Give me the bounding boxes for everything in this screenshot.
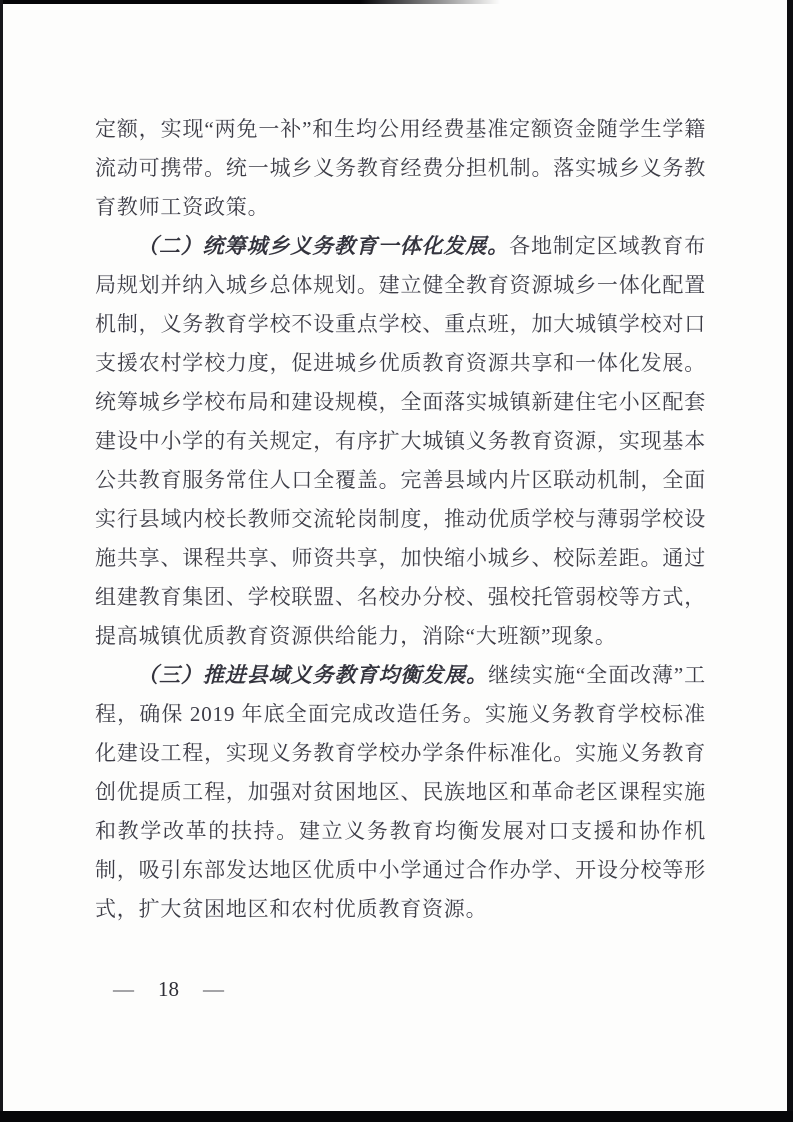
- paragraph-heading: （二）统筹城乡义务教育一体化发展。: [137, 234, 509, 258]
- scan-edge-left: [0, 0, 3, 1122]
- footer-left-dash: —: [113, 977, 134, 1001]
- paragraph-text: 继续实施“全面改薄”工程，确保 2019 年底全面完成改造任务。实施义务教育学校…: [95, 663, 706, 921]
- footer-right-dash: —: [203, 977, 224, 1001]
- paragraph-text: 各地制定区域教育布局规划并纳入城乡总体规划。建立健全教育资源城乡一体化配置机制，…: [95, 234, 706, 648]
- document-body: 定额，实现“两免一补”和生均公用经费基准定额资金随学生学籍流动可携带。统一城乡义…: [95, 110, 706, 929]
- paragraph: （二）统筹城乡义务教育一体化发展。各地制定区域教育布局规划并纳入城乡总体规划。建…: [95, 227, 706, 656]
- scan-edge-top: [0, 0, 500, 4]
- paragraph: （三）推进县域义务教育均衡发展。继续实施“全面改薄”工程，确保 2019 年底全…: [95, 656, 706, 929]
- page-footer: —18—: [113, 977, 224, 1002]
- scan-edge-bottom: [0, 1111, 793, 1122]
- paragraph: 定额，实现“两免一补”和生均公用经费基准定额资金随学生学籍流动可携带。统一城乡义…: [95, 110, 706, 227]
- scan-edge-right: [787, 0, 793, 1122]
- page-number: 18: [158, 977, 179, 1001]
- paragraph-text: 定额，实现“两免一补”和生均公用经费基准定额资金随学生学籍流动可携带。统一城乡义…: [95, 117, 706, 219]
- paragraph-heading: （三）推进县域义务教育均衡发展。: [137, 663, 488, 687]
- scanned-document-page: 定额，实现“两免一补”和生均公用经费基准定额资金随学生学籍流动可携带。统一城乡义…: [0, 0, 793, 1122]
